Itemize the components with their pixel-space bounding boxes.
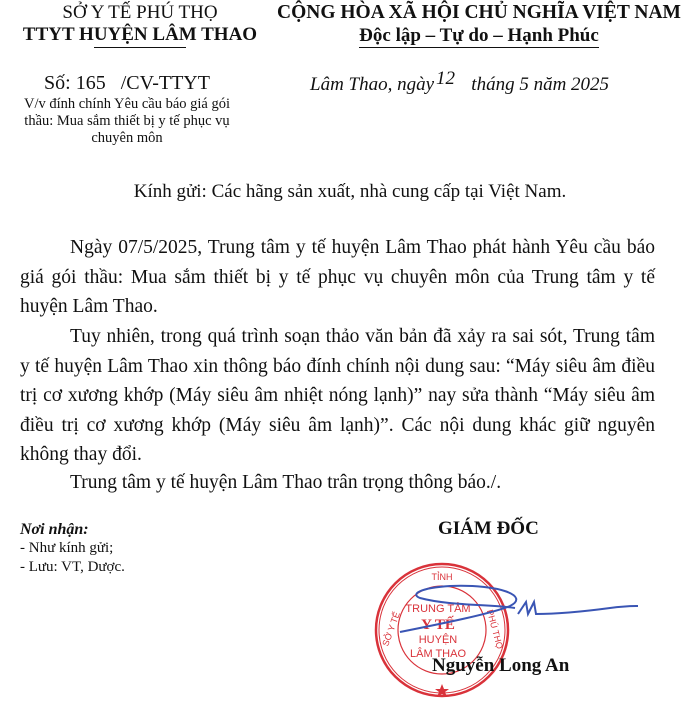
date-day: 12	[436, 68, 455, 89]
receivers-heading: Nơi nhận:	[20, 520, 125, 539]
country-name: CỘNG HÒA XÃ HỘI CHỦ NGHĨA VIỆT NAM	[264, 2, 694, 24]
place-date-prefix: Lâm Thao, ngày	[310, 74, 434, 95]
national-motto-header: CỘNG HÒA XÃ HỘI CHỦ NGHĨA VIỆT NAM Độc l…	[264, 2, 694, 48]
signer-name: Nguyễn Long An	[432, 655, 569, 677]
document-subject: V/v đính chính Yêu cầu báo giá gói thầu:…	[14, 96, 240, 147]
motto: Độc lập – Tự do – Hạnh Phúc	[359, 25, 599, 48]
receiver-item: - Như kính gửi;	[20, 539, 125, 558]
issuing-agency-header: SỞ Y TẾ PHÚ THỌ TTYT HUYỆN LÂM THAO	[20, 2, 260, 48]
stamp-top-text: TỈNH	[432, 571, 453, 582]
parent-agency: SỞ Y TẾ PHÚ THỌ	[20, 2, 260, 24]
document-number: Số: 165 /CV-TTYT	[16, 72, 238, 95]
receivers-block: Nơi nhận: - Như kính gửi; - Lưu: VT, Dượ…	[20, 520, 125, 577]
body-paragraph-1: Ngày 07/5/2025, Trung tâm y tế huyện Lâm…	[20, 233, 655, 322]
issuing-agency: TTYT HUYỆN LÂM THAO	[20, 24, 260, 46]
handwritten-signature-icon	[380, 584, 640, 644]
place-date-suffix: tháng 5 năm 2025	[471, 74, 609, 95]
svg-text:TỈNH: TỈNH	[432, 571, 453, 582]
agency-underline	[94, 47, 186, 48]
body-paragraph-3: Trung tâm y tế huyện Lâm Thao trân trọng…	[20, 468, 655, 498]
body-paragraph-2: Tuy nhiên, trong quá trình soạn thảo văn…	[20, 322, 655, 470]
place-date: Lâm Thao, ngày12 tháng 5 năm 2025	[310, 74, 609, 96]
receiver-item: - Lưu: VT, Dược.	[20, 558, 125, 577]
signer-title: GIÁM ĐỐC	[438, 518, 539, 540]
recipient-line: Kính gửi: Các hãng sản xuất, nhà cung cấ…	[0, 181, 700, 203]
